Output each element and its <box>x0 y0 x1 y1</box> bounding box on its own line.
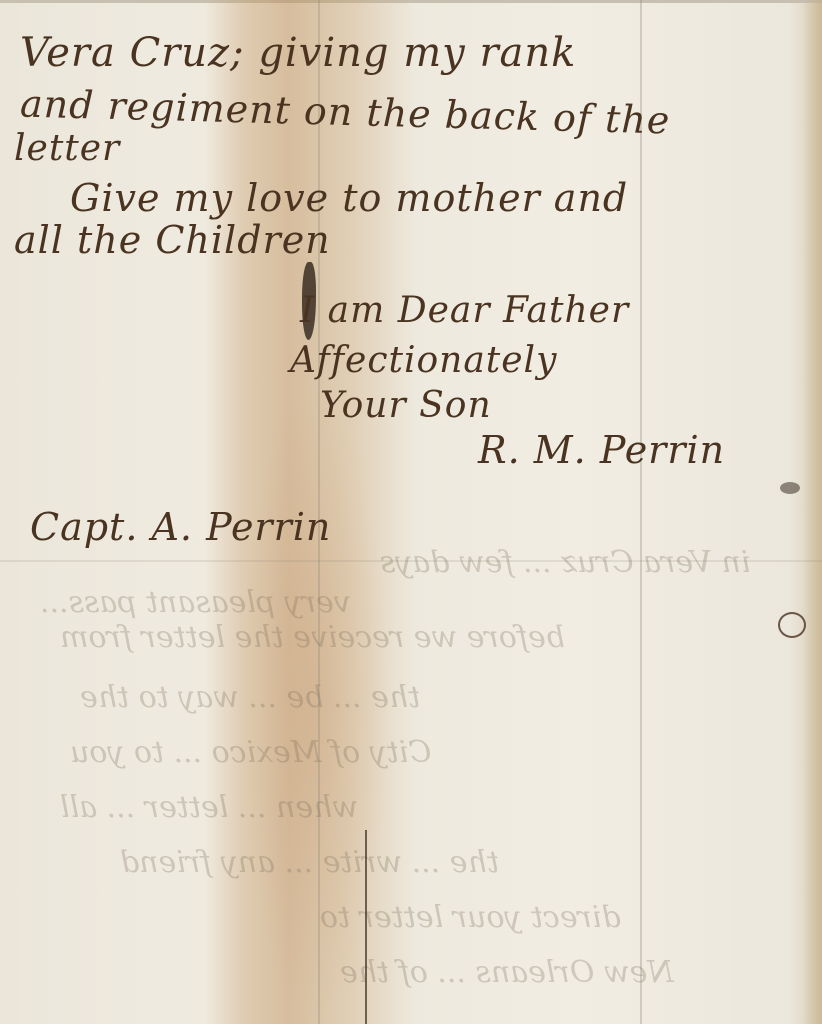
bleed-through-line: in Vera Cruz ... few days <box>380 545 751 580</box>
fold-line-vertical-right <box>640 0 642 1024</box>
body-line: all the Children <box>14 218 331 262</box>
body-line: Vera Cruz; giving my rank <box>20 30 576 76</box>
body-line: Give my love to mother and <box>70 176 628 220</box>
addressee: Capt. A. Perrin <box>30 505 331 549</box>
ink-loop-mark <box>778 612 806 638</box>
bleed-through-line: the ... write ... any friend <box>120 845 499 880</box>
paper-crease-line <box>365 830 367 1024</box>
letter-page: very pleasant pass... in Vera Cruz ... f… <box>0 0 822 1024</box>
paper-right-edge <box>802 0 822 1024</box>
body-line: letter <box>14 128 120 169</box>
closing-your-son: Your Son <box>320 385 492 426</box>
closing-affectionately: Affectionately <box>290 340 557 381</box>
bleed-through-line: very pleasant pass... <box>40 585 351 620</box>
closing-salutation: I am Dear Father <box>300 290 629 331</box>
bleed-through-line: City of Mexico ... to you <box>70 735 431 770</box>
bleed-through-line: when ... letter ... all <box>60 790 358 825</box>
bleed-through-line: New Orleans ... of the <box>340 955 674 990</box>
bleed-through-line: before we receive the letter from <box>60 620 565 655</box>
bleed-through-line: the ... be ... way to the <box>80 680 420 715</box>
signature: R. M. Perrin <box>478 428 725 472</box>
ink-smudge <box>780 482 800 494</box>
